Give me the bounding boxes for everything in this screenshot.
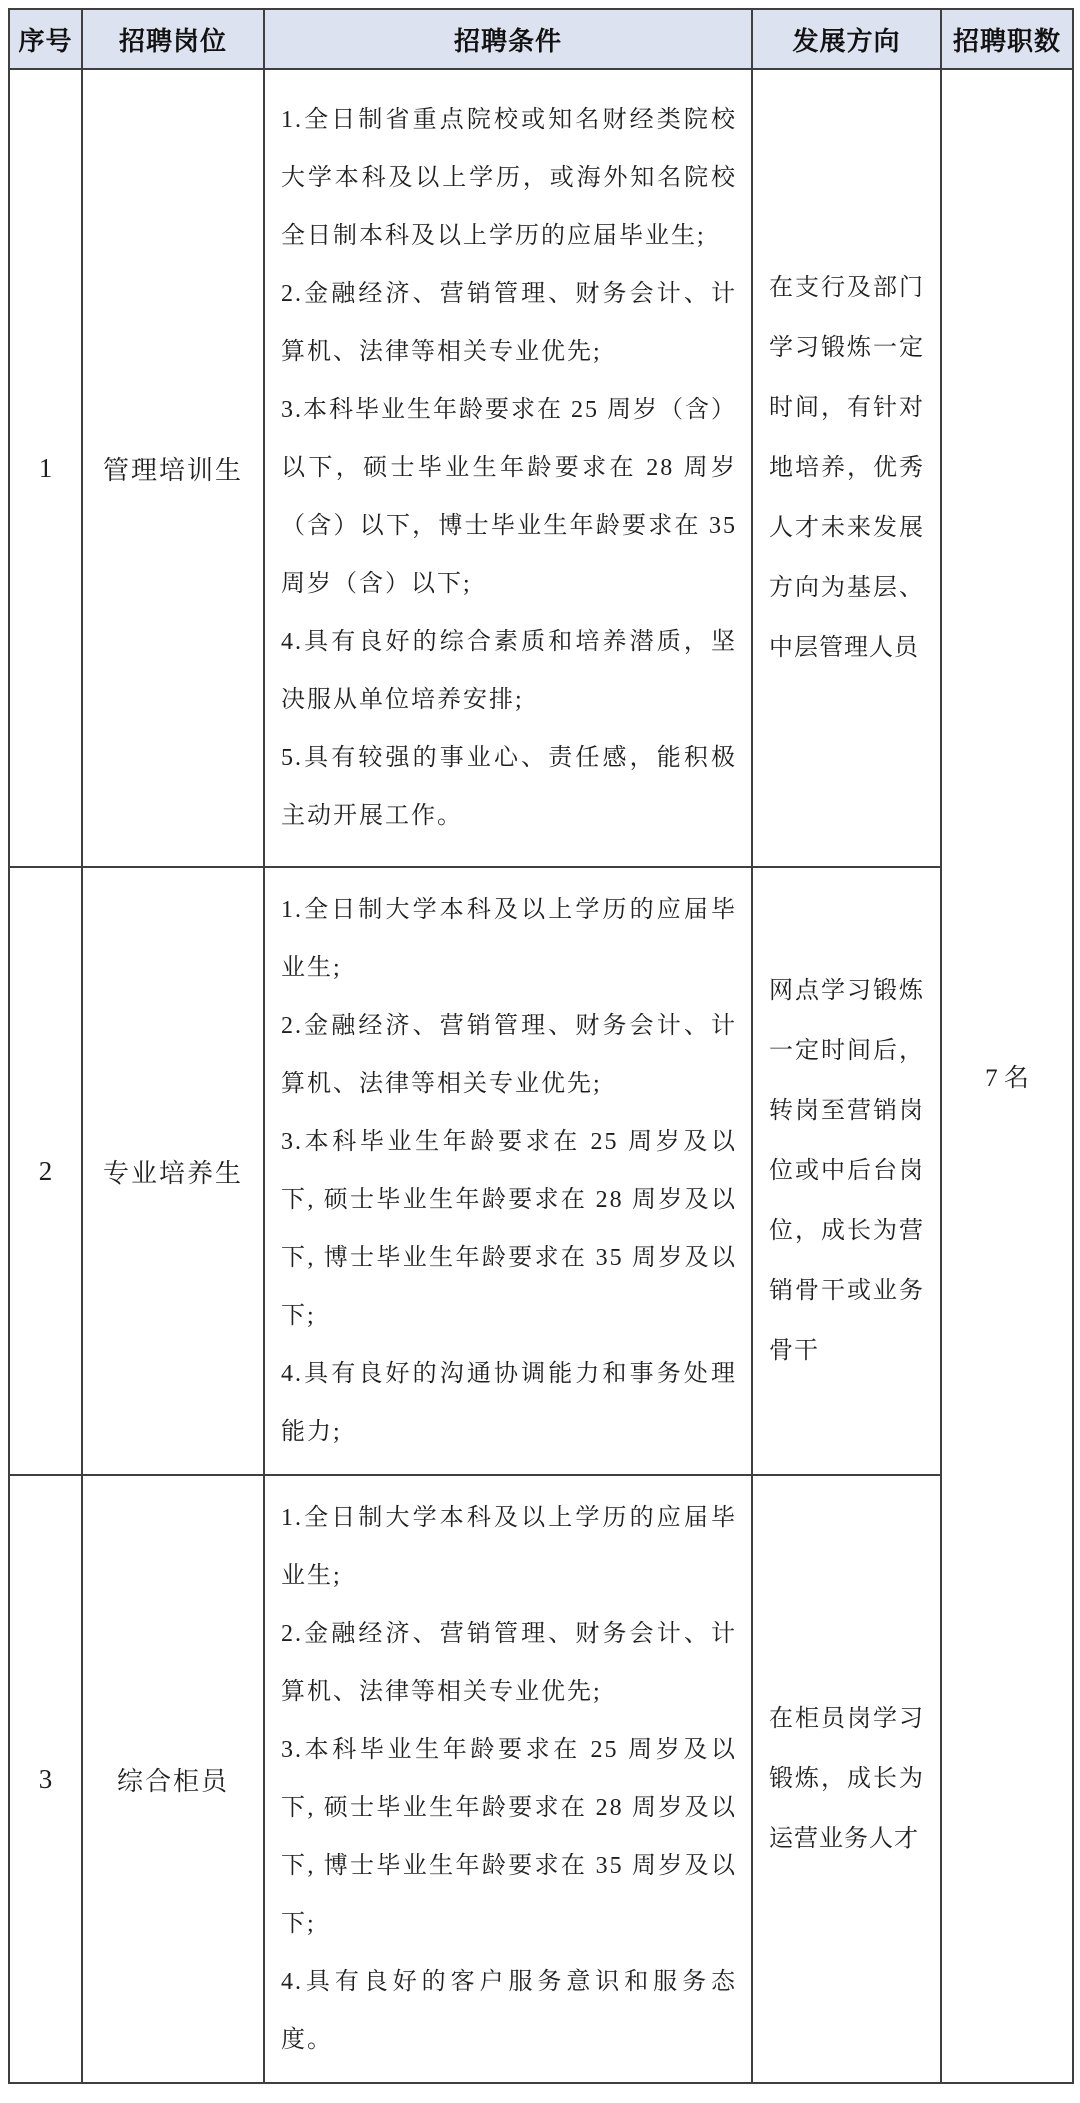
cell-direction-2: 网点学习锻炼一定时间后，转岗至营销岗位或中后台岗位，成长为营销骨干或业务骨干 bbox=[752, 867, 941, 1475]
column-header-position: 招聘岗位 bbox=[82, 9, 264, 69]
column-header-serial: 序号 bbox=[9, 9, 82, 69]
cell-conditions-1: 1.全日制省重点院校或知名财经类院校大学本科及以上学历，或海外知名院校全日制本科… bbox=[264, 69, 752, 867]
column-header-headcount: 招聘职数 bbox=[941, 9, 1073, 69]
cell-conditions-2: 1.全日制大学本科及以上学历的应届毕业生; 2.金融经济、营销管理、财务会计、计… bbox=[264, 867, 752, 1475]
cell-conditions-3: 1.全日制大学本科及以上学历的应届毕业生; 2.金融经济、营销管理、财务会计、计… bbox=[264, 1475, 752, 2083]
condition-item: 4.具有良好的综合素质和培养潜质，坚决服从单位培养安排; bbox=[281, 613, 737, 729]
cell-position-3: 综合柜员 bbox=[82, 1475, 264, 2083]
direction-text: 网点学习锻炼一定时间后，转岗至营销岗位或中后台岗位，成长为营销骨干或业务骨干 bbox=[769, 961, 924, 1381]
condition-item: 4.具有良好的沟通协调能力和事务处理能力; bbox=[281, 1345, 737, 1461]
direction-text: 在支行及部门学习锻炼一定时间，有针对地培养，优秀人才未来发展方向为基层、中层管理… bbox=[769, 258, 924, 678]
condition-item: 5.具有较强的事业心、责任感，能积极主动开展工作。 bbox=[281, 729, 737, 845]
cell-position-1: 管理培训生 bbox=[82, 69, 264, 867]
direction-text: 在柜员岗学习锻炼，成长为运营业务人才 bbox=[769, 1689, 924, 1869]
condition-item: 2.金融经济、营销管理、财务会计、计算机、法律等相关专业优先; bbox=[281, 997, 737, 1113]
cell-direction-1: 在支行及部门学习锻炼一定时间，有针对地培养，优秀人才未来发展方向为基层、中层管理… bbox=[752, 69, 941, 867]
document-page: 序号 招聘岗位 招聘条件 发展方向 招聘职数 1 管理培训生 1.全日制省重点院… bbox=[0, 0, 1080, 2103]
column-header-conditions: 招聘条件 bbox=[264, 9, 752, 69]
condition-item: 3.本科毕业生年龄要求在 25 周岁（含）以下，硕士毕业生年龄要求在 28 周岁… bbox=[281, 381, 737, 613]
condition-item: 1.全日制大学本科及以上学历的应届毕业生; bbox=[281, 881, 737, 997]
cell-serial-2: 2 bbox=[9, 867, 82, 1475]
table-header-row: 序号 招聘岗位 招聘条件 发展方向 招聘职数 bbox=[9, 9, 1073, 69]
cell-direction-3: 在柜员岗学习锻炼，成长为运营业务人才 bbox=[752, 1475, 941, 2083]
table-row: 1 管理培训生 1.全日制省重点院校或知名财经类院校大学本科及以上学历，或海外知… bbox=[9, 69, 1073, 867]
cell-position-2: 专业培养生 bbox=[82, 867, 264, 1475]
column-header-direction: 发展方向 bbox=[752, 9, 941, 69]
cell-serial-3: 3 bbox=[9, 1475, 82, 2083]
condition-item: 2.金融经济、营销管理、财务会计、计算机、法律等相关专业优先; bbox=[281, 265, 737, 381]
table-row: 3 综合柜员 1.全日制大学本科及以上学历的应届毕业生; 2.金融经济、营销管理… bbox=[9, 1475, 1073, 2083]
condition-item: 4.具有良好的客户服务意识和服务态度。 bbox=[281, 1953, 737, 2069]
condition-item: 3.本科毕业生年龄要求在 25 周岁及以下, 硕士毕业生年龄要求在 28 周岁及… bbox=[281, 1721, 737, 1953]
cell-serial-1: 1 bbox=[9, 69, 82, 867]
condition-item: 1.全日制大学本科及以上学历的应届毕业生; bbox=[281, 1489, 737, 1605]
condition-item: 3.本科毕业生年龄要求在 25 周岁及以下, 硕士毕业生年龄要求在 28 周岁及… bbox=[281, 1113, 737, 1345]
cell-headcount: 7 名 bbox=[941, 69, 1073, 2083]
condition-item: 1.全日制省重点院校或知名财经类院校大学本科及以上学历，或海外知名院校全日制本科… bbox=[281, 91, 737, 265]
condition-item: 2.金融经济、营销管理、财务会计、计算机、法律等相关专业优先; bbox=[281, 1605, 737, 1721]
table-row: 2 专业培养生 1.全日制大学本科及以上学历的应届毕业生; 2.金融经济、营销管… bbox=[9, 867, 1073, 1475]
recruitment-table: 序号 招聘岗位 招聘条件 发展方向 招聘职数 1 管理培训生 1.全日制省重点院… bbox=[8, 8, 1074, 2084]
